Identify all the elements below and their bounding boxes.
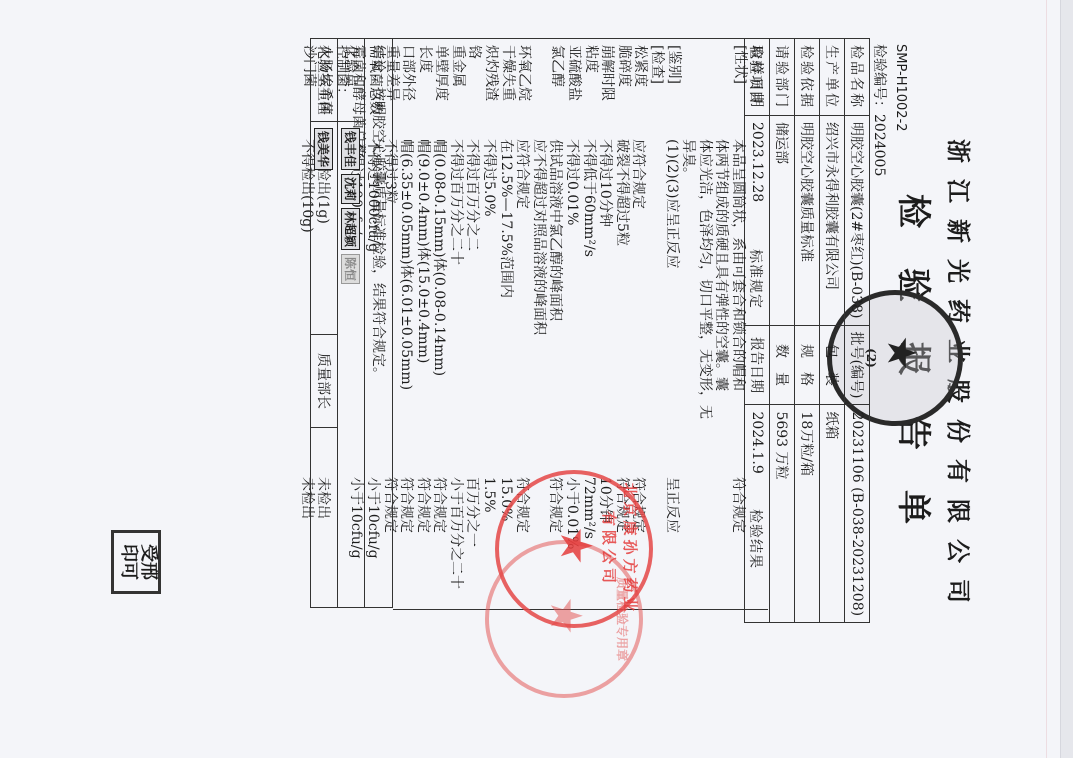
test-standard: 体应光洁，色泽均匀，切口平整，无变形，无 xyxy=(696,139,713,479)
test-result: 符合规定 xyxy=(414,477,431,607)
field-value: 20231106 (B-038-20231208) xyxy=(845,405,870,623)
field-label: 数 量 xyxy=(770,325,795,405)
test-standard: 应符合规定 xyxy=(630,139,647,479)
conclusion-row: 结论：按明胶空心胶囊质量标准检验，结果符合规定。 xyxy=(365,38,393,608)
test-standard: 在12.5%—17.5%范围内 xyxy=(497,139,514,479)
test-standard: 不得过5.0% xyxy=(481,139,498,479)
qa-head-signature xyxy=(311,428,338,608)
field-label: 请验部门 xyxy=(770,39,795,116)
test-standard: 体两节组成的质硬且具有弹性的空囊。囊 xyxy=(713,139,730,479)
field-value: 5693 万粒 xyxy=(770,405,795,623)
test-standard: 应不得超过对照品溶液的峰面积 xyxy=(530,139,547,479)
test-result: 符合规定 xyxy=(729,477,746,607)
field-label: 包 装 xyxy=(820,325,845,405)
test-standard: 帽(6.35±0.05mm)体(6.01±0.05mm) xyxy=(398,139,415,479)
signature-table: 化验员 钱丰佳沈莉林超颖陈恒 化验室主任 钱美华 质量部长 xyxy=(310,38,365,608)
analyst-signature-stamp: 陈恒 xyxy=(342,254,361,284)
lab-director-signature: 钱美华 xyxy=(311,122,338,335)
test-standard: 供试品溶液中氯乙醇的峰面积 xyxy=(547,139,564,479)
analyst-signatures: 钱丰佳沈莉林超颖陈恒 xyxy=(338,122,365,608)
test-standard: 破裂不得超过5粒 xyxy=(613,139,630,479)
field-value: 明胶空心胶囊(2#枣红)(B-038) xyxy=(845,116,870,326)
test-standard: 帽(0.08-0.15mm)体(0.08-0.14mm) xyxy=(431,139,448,479)
header-row: 请验部门储运部数 量5693 万粒 xyxy=(770,39,795,623)
approval-stamp: 受邢 印可 xyxy=(111,530,161,594)
report-number-label: 检验编号： xyxy=(871,44,887,114)
header-row: 检品名称明胶空心胶囊(2#枣红)(B-038)批号(编号)20231106 (B… xyxy=(845,39,870,623)
test-result: 符合规定 xyxy=(398,477,415,607)
conclusion-text: 按明胶空心胶囊质量标准检验，结果符合规定。 xyxy=(370,87,386,381)
test-standard: 帽(9.0±0.4mm)体(15.0±0.4mm) xyxy=(414,139,431,479)
test-standard: 不得过0.01% xyxy=(563,139,580,479)
red-seal-primary: ★ 北京康孙方药业有限公司 xyxy=(495,470,653,628)
test-result: 小于百万分之二十 xyxy=(447,477,464,607)
analyst-signature-stamp: 钱丰佳 xyxy=(342,128,361,170)
test-standard: 应符合规定 xyxy=(514,139,531,479)
test-result: 呈正反应 xyxy=(663,477,680,607)
conclusion-label: 结论： xyxy=(370,45,386,87)
test-standard: 不得过百万分之二 xyxy=(464,139,481,479)
col-header-standard: 标准规定 xyxy=(746,249,766,309)
test-standard: 不得低于60mm²/s xyxy=(580,139,597,479)
header-row: 检验依据明胶空心胶囊质量标准规 格18万粒/箱 xyxy=(795,39,820,623)
test-standard xyxy=(646,139,663,479)
star-icon: ★ xyxy=(878,335,924,371)
lab-director-label: 化验室主任 xyxy=(311,39,338,122)
report-number: 检验编号：2024005 xyxy=(870,44,890,176)
test-result: 符合规定 xyxy=(431,477,448,607)
header-row: 生产单位绍兴市永得利胶囊有限公司包 装纸箱 xyxy=(820,39,845,623)
test-standard: (1)(2)(3)应呈正反应 xyxy=(663,139,680,479)
qa-head-label: 质量部长 xyxy=(311,335,338,428)
test-standard: 不得过百万分之二十 xyxy=(447,139,464,479)
field-value: 18万粒/箱 xyxy=(795,405,820,623)
field-value: 储运部 xyxy=(770,116,795,326)
test-result xyxy=(680,477,697,607)
test-result: 百万分之一 xyxy=(464,477,481,607)
test-standard: 本品呈圆筒状，系由可套合和锁合的帽和 xyxy=(729,139,746,479)
col-header-result: 检验结果 xyxy=(746,509,766,569)
field-value: 纸箱 xyxy=(820,405,845,623)
col-header-item: 检验项目 xyxy=(746,45,766,105)
field-value: 绍兴市永得利胶囊有限公司 xyxy=(820,116,845,326)
test-result xyxy=(696,477,713,607)
test-result xyxy=(713,477,730,607)
inspection-report-page: 浙江新光药业股份有限公司 检验报告单 SMP-H1002-2 检验编号：2024… xyxy=(0,0,1073,758)
report-number-value: 2024005 xyxy=(871,114,887,176)
field-label: 检品名称 xyxy=(845,39,870,116)
field-label: 批号(编号) xyxy=(845,325,870,405)
analyst-label: 化验员 xyxy=(338,39,365,122)
field-label: 生产单位 xyxy=(820,39,845,116)
red-seal-1-text: 北京康孙方药业有限公司 xyxy=(599,474,641,624)
field-value: 明胶空心胶囊质量标准 xyxy=(795,116,820,326)
analyst-signature-stamp: 沈莉 xyxy=(342,174,361,204)
star-icon: ★ xyxy=(550,526,601,565)
test-standard: 不得过10分钟 xyxy=(597,139,614,479)
field-label: 检验依据 xyxy=(795,39,820,116)
form-code: SMP-H1002-2 xyxy=(893,44,908,132)
test-standard: 异臭。 xyxy=(680,139,697,479)
analyst-signature-stamp: 林超颖 xyxy=(342,208,361,250)
field-label: 规 格 xyxy=(795,325,820,405)
